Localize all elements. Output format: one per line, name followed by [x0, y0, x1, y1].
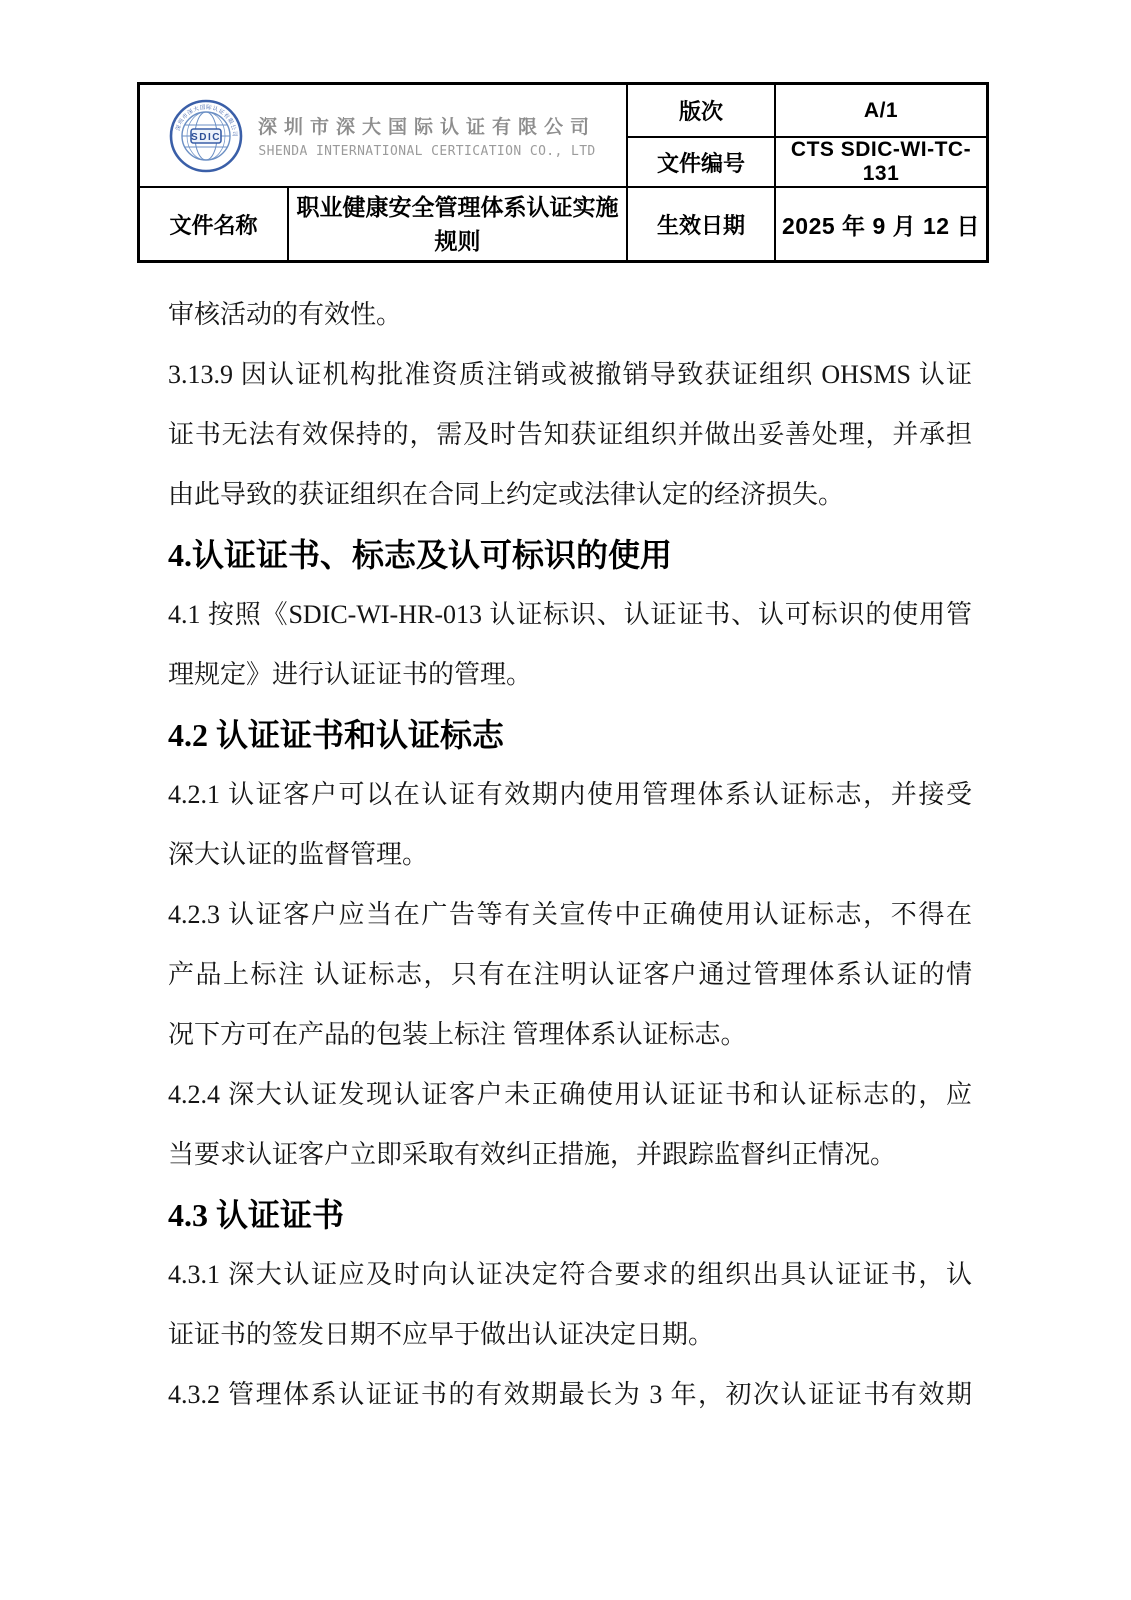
- effective-date-label: 生效日期: [626, 186, 774, 260]
- text-line: 证书无法有效保持的，需及时告知获证组织并做出妥善处理，并承担: [168, 405, 972, 465]
- document-body: 审核活动的有效性。 3.13.9 因认证机构批准资质注销或被撤销导致获证组织 O…: [168, 285, 972, 1425]
- text-line: 4.2.4 深大认证发现认证客户未正确使用认证证书和认证标志的，应: [168, 1065, 972, 1125]
- text-line: 4.1 按照《SDIC-WI-HR-013 认证标识、认证证书、认可标识的使用管: [168, 585, 972, 645]
- section-heading: 4.2 认证证书和认证标志: [168, 705, 972, 765]
- text-line: 由此导致的获证组织在合同上约定或法律认定的经济损失。: [168, 465, 972, 525]
- sdic-globe-logo-icon: 深圳市深大国际认证有限公司 SDIC: [168, 98, 244, 174]
- version-value: A/1: [774, 85, 986, 136]
- company-name-chinese: 深圳市深大国际认证有限公司: [258, 112, 596, 139]
- doc-number-label: 文件编号: [626, 136, 774, 186]
- doc-name-label: 文件名称: [140, 186, 287, 260]
- text-line: 4.2.1 认证客户可以在认证有效期内使用管理体系认证标志，并接受: [168, 765, 972, 825]
- text-line: 证证书的签发日期不应早于做出认证决定日期。: [168, 1305, 972, 1365]
- version-label: 版次: [626, 85, 774, 136]
- company-name-english: SHENDA INTERNATIONAL CERTICATION CO., LT…: [258, 144, 596, 159]
- text-line: 理规定》进行认证证书的管理。: [168, 645, 972, 705]
- document-header-table: 深圳市深大国际认证有限公司 SDIC 深圳市深大国际认证有限公司 SHENDA …: [137, 82, 989, 263]
- text-line: 深大认证的监督管理。: [168, 825, 972, 885]
- text-line: 当要求认证客户立即采取有效纠正措施，并跟踪监督纠正情况。: [168, 1125, 972, 1185]
- company-name-block: 深圳市深大国际认证有限公司 SHENDA INTERNATIONAL CERTI…: [258, 112, 596, 159]
- logo-badge-text: SDIC: [191, 132, 221, 143]
- doc-number-value: CTS SDIC-WI-TC-131: [774, 136, 986, 186]
- section-heading: 4.认证证书、标志及认可标识的使用: [168, 525, 972, 585]
- text-line: 审核活动的有效性。: [168, 285, 972, 345]
- text-line: 况下方可在产品的包装上标注 管理体系认证标志。: [168, 1005, 972, 1065]
- text-line: 4.2.3 认证客户应当在广告等有关宣传中正确使用认证标志，不得在: [168, 885, 972, 945]
- section-heading: 4.3 认证证书: [168, 1185, 972, 1245]
- document-page: 深圳市深大国际认证有限公司 SDIC 深圳市深大国际认证有限公司 SHENDA …: [0, 0, 1131, 1600]
- header-logo-cell: 深圳市深大国际认证有限公司 SDIC 深圳市深大国际认证有限公司 SHENDA …: [140, 85, 626, 186]
- doc-name-value: 职业健康安全管理体系认证实施规则: [287, 186, 626, 260]
- text-line: 3.13.9 因认证机构批准资质注销或被撤销导致获证组织 OHSMS 认证: [168, 345, 972, 405]
- text-line: 产品上标注 认证标志，只有在注明认证客户通过管理体系认证的情: [168, 945, 972, 1005]
- text-line: 4.3.1 深大认证应及时向认证决定符合要求的组织出具认证证书，认: [168, 1245, 972, 1305]
- text-line: 4.3.2 管理体系认证证书的有效期最长为 3 年，初次认证证书有效期: [168, 1365, 972, 1425]
- effective-date-value: 2025 年 9 月 12 日: [774, 186, 986, 260]
